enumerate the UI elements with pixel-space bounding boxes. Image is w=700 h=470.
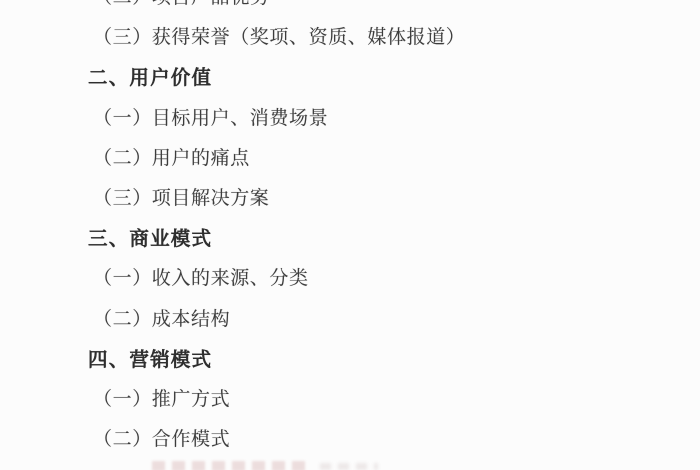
document-page: （二）项目产品优势（三）获得荣誉（奖项、资质、媒体报道）二、用户价值（一）目标用… [0, 0, 700, 470]
cutoff-bottom-text-artifact [152, 461, 312, 470]
outline-section-heading: 四、营销模式 [88, 340, 465, 380]
outline-item: （二）项目产品优势 [93, 0, 465, 18]
outline-item: （三）获得荣誉（奖项、资质、媒体报道） [93, 18, 465, 58]
outline-item: （二）合作模式 [93, 420, 465, 460]
outline-list: （二）项目产品优势（三）获得荣誉（奖项、资质、媒体报道）二、用户价值（一）目标用… [88, 0, 465, 460]
outline-item: （一）推广方式 [93, 380, 465, 420]
outline-item: （一）目标用户、消费场景 [93, 99, 465, 139]
outline-section-heading: 二、用户价值 [88, 58, 465, 98]
outline-item: （一）收入的来源、分类 [93, 259, 465, 299]
outline-item: （二）成本结构 [93, 300, 465, 340]
outline-section-heading: 三、商业模式 [88, 219, 465, 259]
outline-item: （三）项目解决方案 [93, 179, 465, 219]
outline-item: （二）用户的痛点 [93, 139, 465, 179]
